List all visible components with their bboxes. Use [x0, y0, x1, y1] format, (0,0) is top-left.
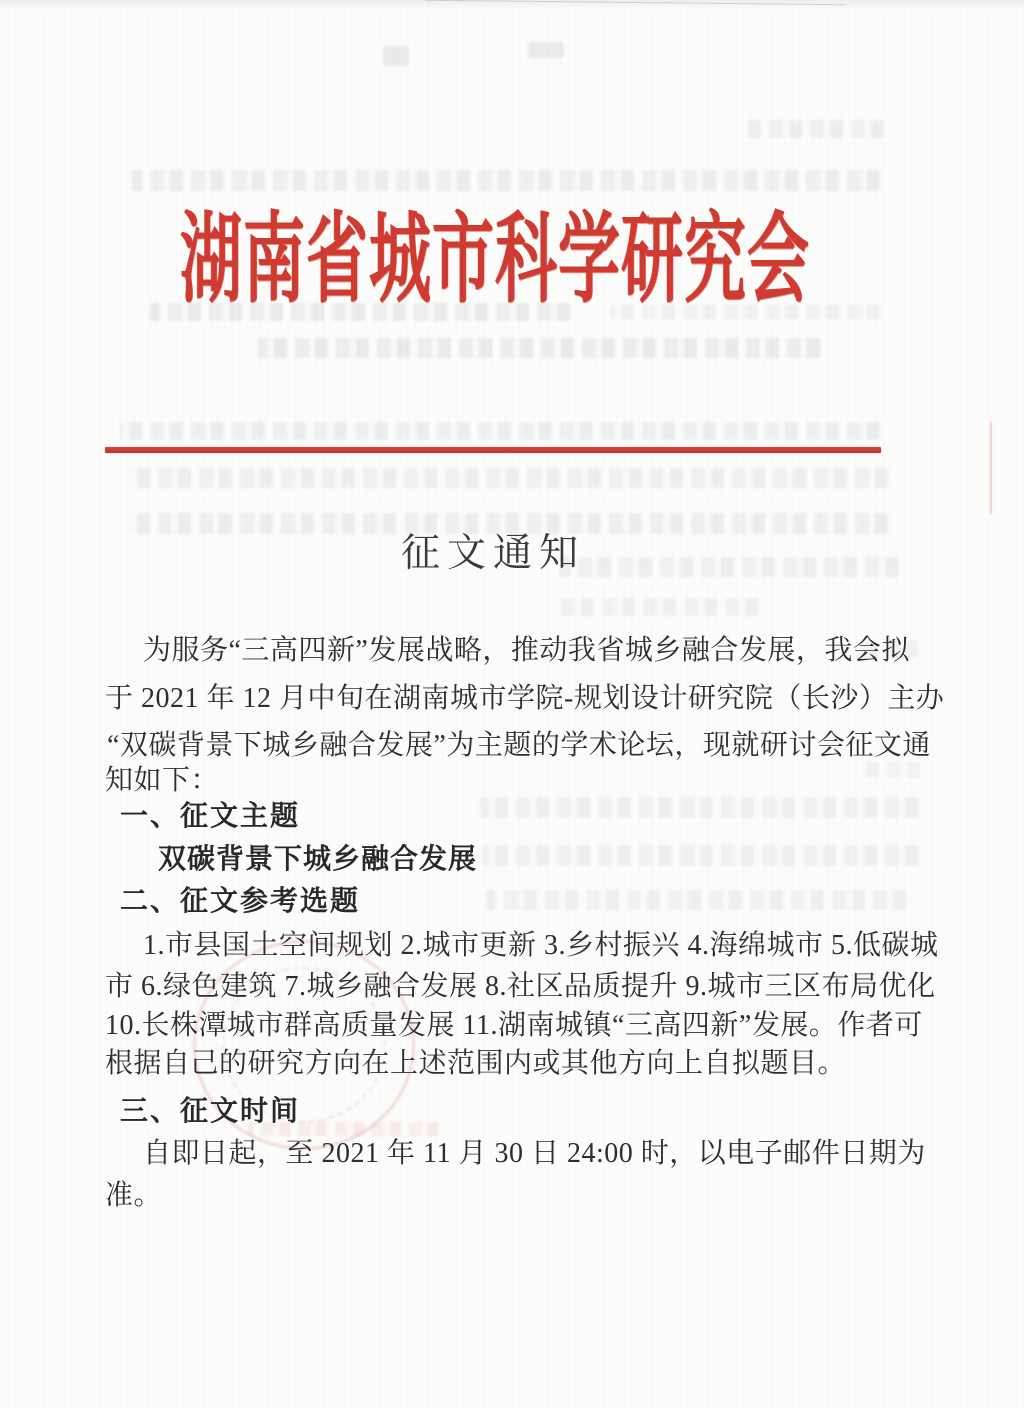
- bleedthrough-line: [558, 598, 758, 616]
- body-line: 1.市县国土空间规划 2.城市更新 3.乡村振兴 4.海绵城市 5.低碳城: [143, 931, 939, 961]
- body-line: 为服务“三高四新”发展战略，推动我省城乡融合发展，我会拟: [143, 636, 910, 666]
- scan-smudge: [528, 42, 564, 58]
- body-line: 知如下：: [105, 766, 219, 796]
- scan-smudge: [383, 46, 409, 66]
- letterhead-rule: [105, 447, 881, 453]
- body-line: 10.长株潭城市群高质量发展 11.湖南城镇“三高四新”发展。作者可: [105, 1011, 923, 1041]
- body-line: 市 6.绿色建筑 7.城乡融合发展 8.社区品质提升 9.城市三区布局优化: [105, 972, 936, 1002]
- section-heading-1: 一、征文主题: [120, 801, 300, 831]
- scan-artifact-line: [425, 0, 845, 5]
- section-heading-3: 三、征文时间: [120, 1096, 300, 1126]
- scan-artifact-pink-line: [990, 422, 992, 514]
- body-line: “双碳背景下城乡融合发展”为主题的学术论坛，现就研讨会征文通: [107, 731, 931, 761]
- letterhead-title: 湖南省城市科学研究会: [180, 212, 816, 310]
- bleedthrough-line: [258, 338, 820, 358]
- body-line: 自即日起，至 2021 年 11 月 30 日 24:00 时，以电子邮件日期为: [143, 1139, 926, 1169]
- bleedthrough-line: [482, 845, 918, 866]
- scanned-notice-page: 湖南省城市科学研究会 征文通知 为服务“三高四新”发展战略，推动我省城乡融合发展…: [0, 0, 1024, 1408]
- document-title: 征文通知: [105, 531, 881, 577]
- bleedthrough-line: [130, 468, 888, 488]
- bleedthrough-line: [486, 890, 906, 910]
- bleedthrough-line: [120, 422, 880, 440]
- body-line: 于 2021 年 12 月中旬在湖南城市学院-规划设计研究院（长沙）主办: [105, 684, 944, 714]
- body-line: 根据自己的研究方向在上述范围内或其他方向上自拟题目。: [105, 1049, 846, 1079]
- body-line: 准。: [105, 1181, 162, 1211]
- bleedthrough-line: [748, 120, 884, 138]
- bleedthrough-line: [480, 797, 918, 818]
- bleedthrough-line: [862, 762, 920, 778]
- section-heading-2: 二、征文参考选题: [120, 886, 360, 916]
- essay-topic: 双碳背景下城乡融合发展: [158, 844, 477, 874]
- bleedthrough-line: [132, 170, 880, 191]
